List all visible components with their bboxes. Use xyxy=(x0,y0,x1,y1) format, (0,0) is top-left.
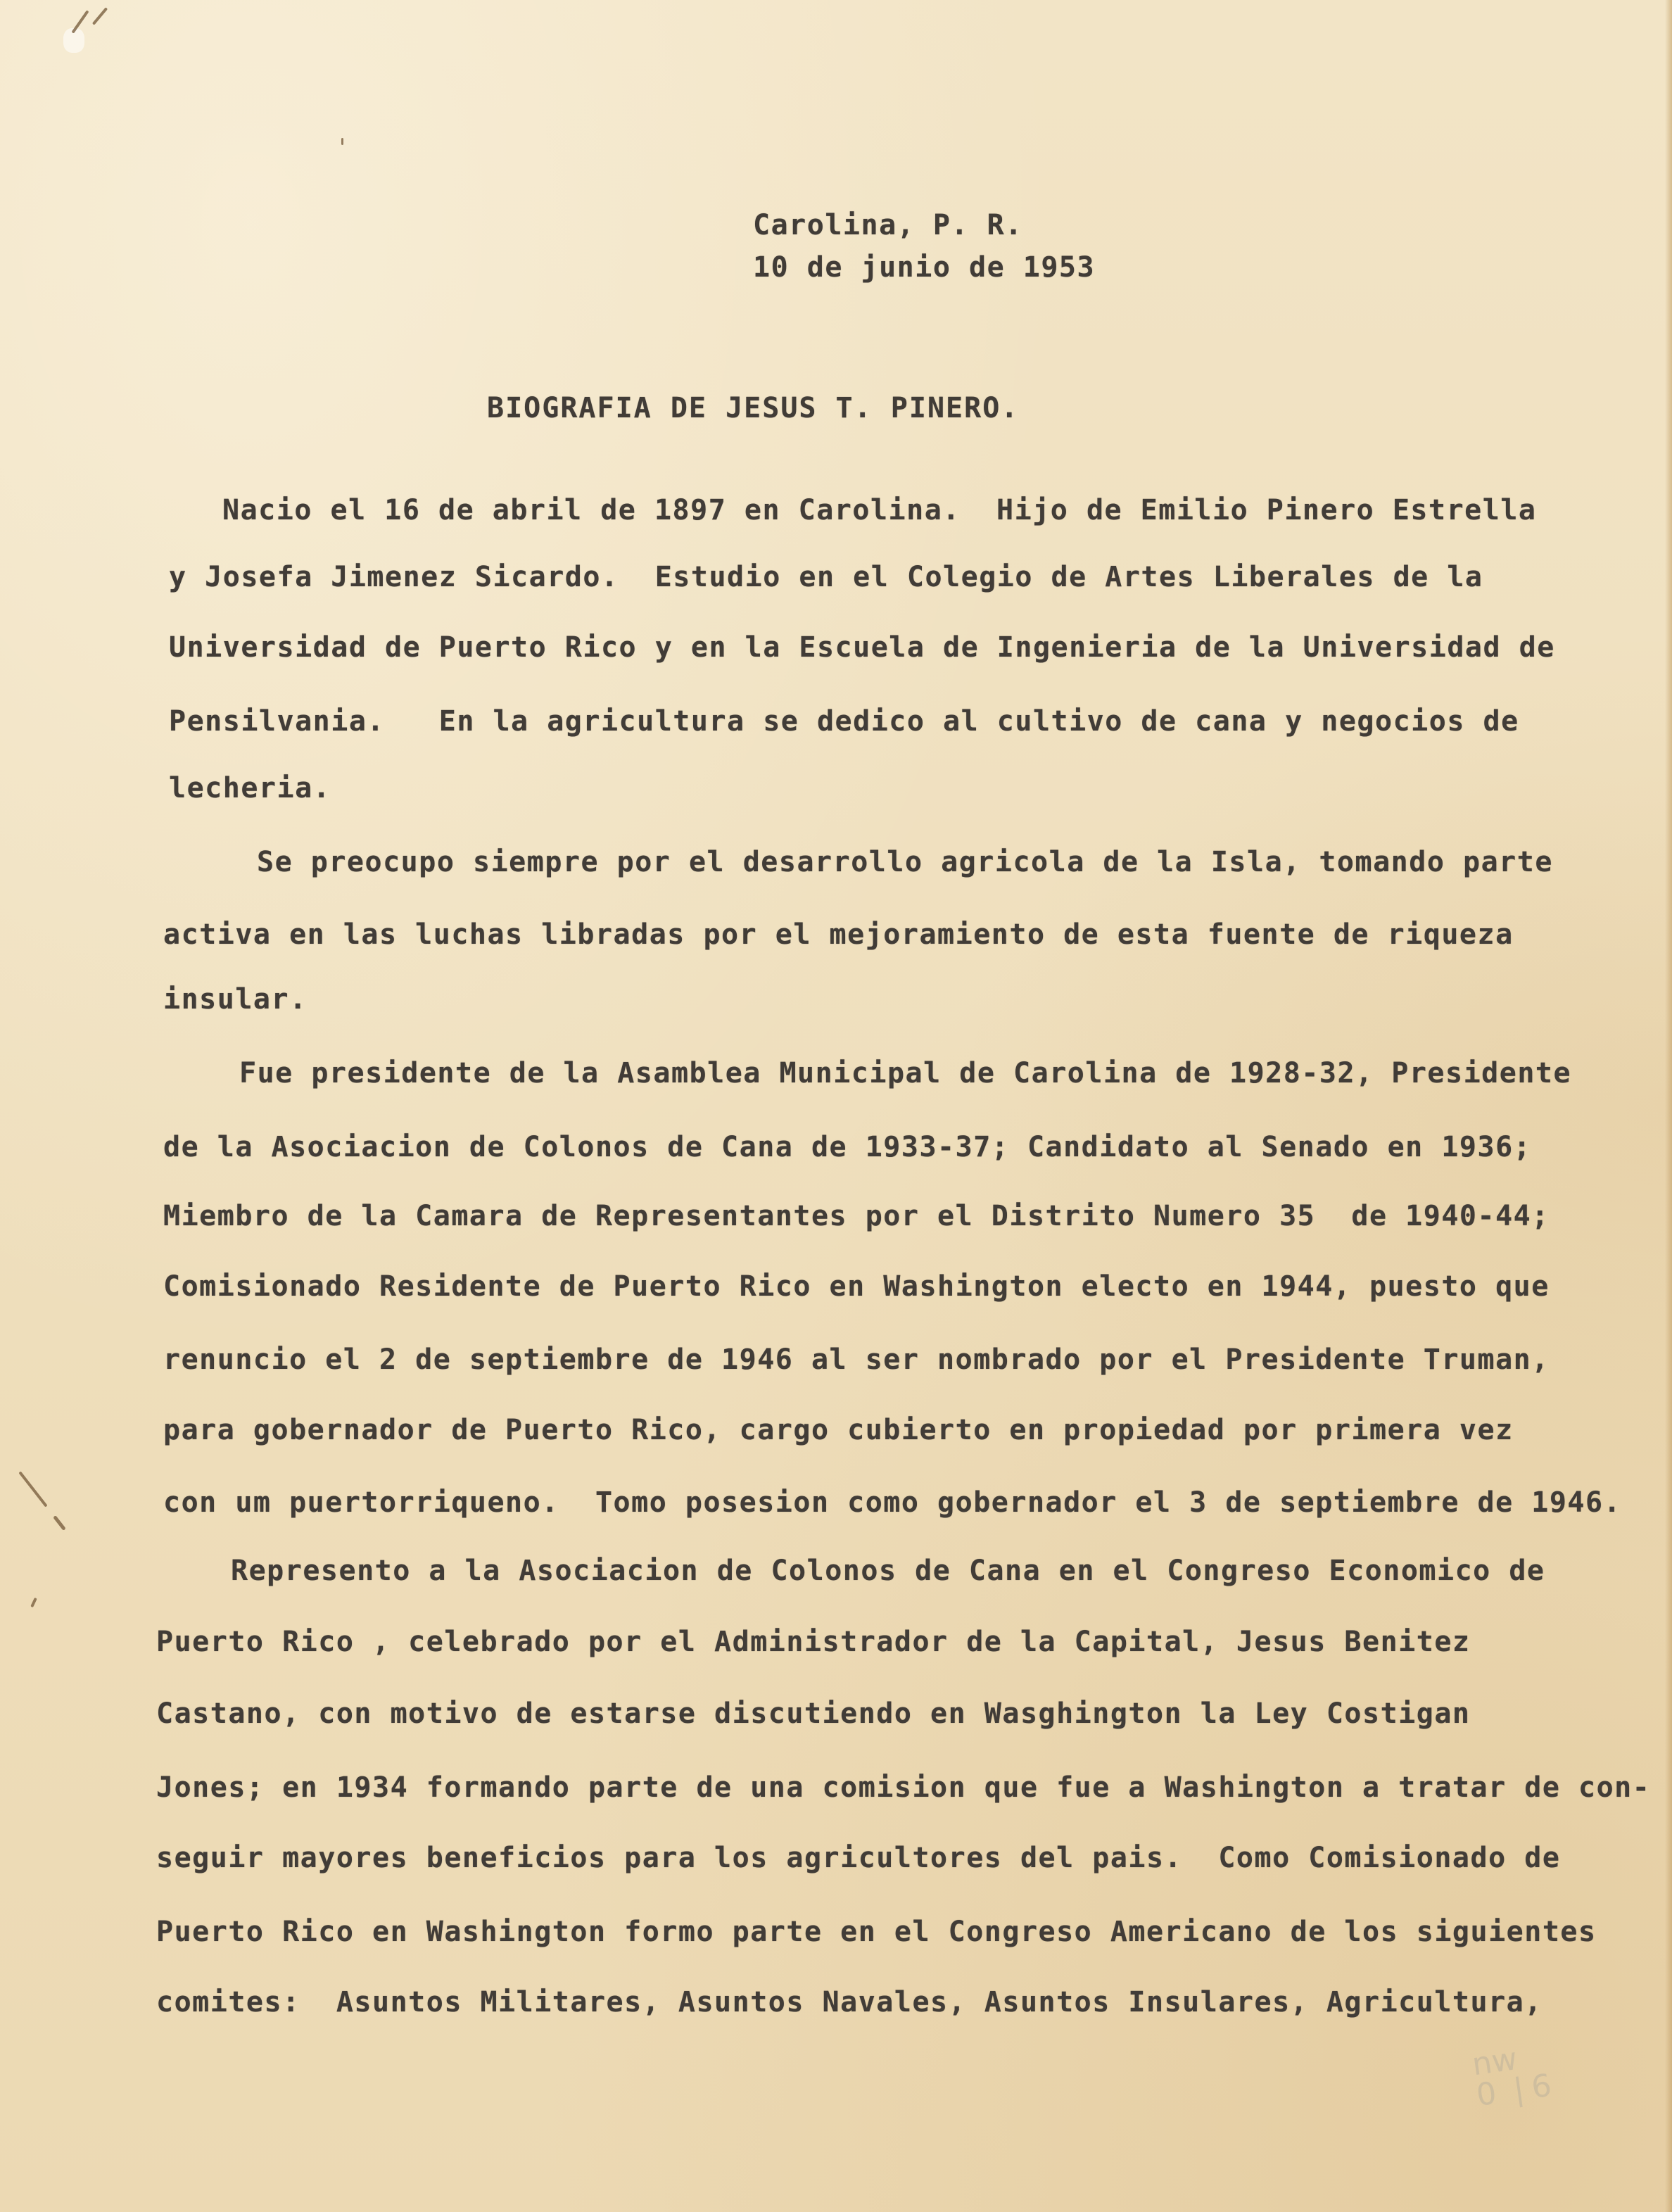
text-line: Comisionado Residente de Puerto Rico en … xyxy=(163,1272,1550,1301)
text-line: insular. xyxy=(163,985,308,1013)
text-line: Fue presidente de la Asamblea Municipal … xyxy=(239,1059,1571,1087)
text-line: con um puertorriqueno. Tomo posesion com… xyxy=(163,1489,1621,1517)
text-line: para gobernador de Puerto Rico, cargo cu… xyxy=(163,1416,1514,1444)
text-line: y Josefa Jimenez Sicardo. Estudio en el … xyxy=(169,563,1483,591)
text-line: Pensilvania. En la agricultura se dedico… xyxy=(169,707,1519,735)
text-line: Puerto Rico , celebrado por el Administr… xyxy=(156,1628,1471,1656)
text-line: comites: Asuntos Militares, Asuntos Nava… xyxy=(156,1988,1543,2016)
text-line: activa en las luchas libradas por el mej… xyxy=(163,921,1514,949)
text-line: Nacio el 16 de abril de 1897 en Carolina… xyxy=(222,496,1537,524)
text-line: Miembro de la Camara de Representantes p… xyxy=(163,1202,1550,1230)
pencil-annotation: nw 0 ❘6 xyxy=(1470,2040,1553,2111)
text-line: renuncio el 2 de septiembre de 1946 al s… xyxy=(163,1346,1550,1374)
document-body: Nacio el 16 de abril de 1897 en Carolina… xyxy=(0,0,1672,2212)
text-line: Represento a la Asociacion de Colonos de… xyxy=(231,1557,1545,1585)
text-line: Universidad de Puerto Rico y en la Escue… xyxy=(169,633,1555,662)
document-page: Carolina, P. R. 10 de junio de 1953 BIOG… xyxy=(0,0,1672,2212)
text-line: seguir mayores beneficios para los agric… xyxy=(156,1844,1560,1872)
text-line: Jones; en 1934 formando parte de una com… xyxy=(156,1774,1650,1802)
text-line: Se preocupo siempre por el desarrollo ag… xyxy=(257,848,1553,876)
text-line: Castano, con motivo de estarse discutien… xyxy=(156,1700,1471,1728)
text-line: Puerto Rico en Washington formo parte en… xyxy=(156,1918,1597,1946)
text-line: lecheria. xyxy=(169,774,331,802)
text-line: de la Asociacion de Colonos de Cana de 1… xyxy=(163,1133,1531,1161)
